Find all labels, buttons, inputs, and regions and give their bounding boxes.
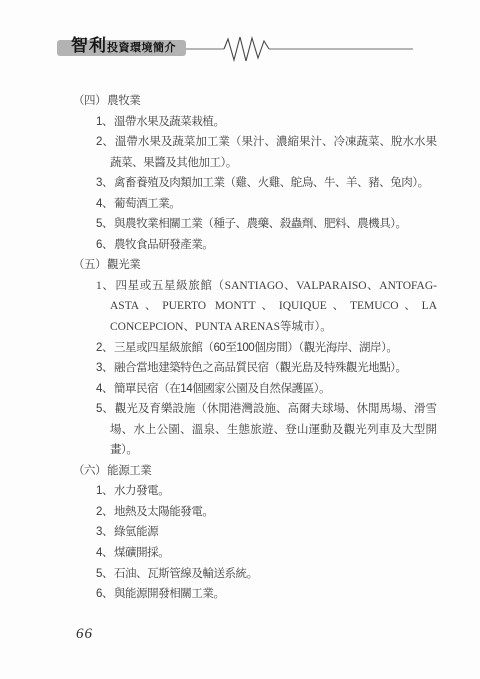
list-item: 6、農牧食品研發產業。 [96, 235, 437, 256]
item-number: 6、 [96, 239, 113, 251]
item-number: 1、 [96, 116, 113, 128]
item-text: 禽畜養殖及肉類加工業（雞、火雞、鴕鳥、牛、羊、豬、兔肉）。 [114, 177, 429, 189]
item-line: 6、與能源開發相關工業。 [96, 584, 437, 605]
item-line: 5、觀光及育樂設施（休閒港灣設施、高爾夫球場、休閒馬場、滑雪 [96, 399, 437, 420]
section-label: （六） [73, 465, 106, 477]
section-agriculture: （四）農牧業 1、溫帶水果及蔬菜栽植。 2、溫帶水果及蔬菜加工業（果汁、濃縮果汁… [73, 91, 437, 255]
item-text: 四星或五星級旅館（SANTIAGO、VALPARAISO、ANTOFAG- [116, 280, 437, 292]
item-number: 5、 [96, 218, 113, 230]
item-line: 3、綠氫能源 [96, 522, 437, 543]
item-number: 6、 [96, 588, 113, 600]
item-text: 葡萄酒工業。 [114, 198, 180, 210]
document-page: 智利投資環境簡介 （四）農牧業 1、溫帶水果及蔬菜栽植。 2、溫帶水果及蔬菜加工… [0, 0, 480, 679]
item-text: 石油、瓦斯管線及輸送系統。 [114, 568, 258, 580]
item-line: ASTA、PUERTO MONTT、IQUIQUE、TEMUCO、LA SERE… [96, 296, 437, 317]
item-line: 3、禽畜養殖及肉類加工業（雞、火雞、鴕鳥、牛、羊、豬、兔肉）。 [96, 173, 437, 194]
item-text: 與農牧業相關工業（種子、農藥、殺蟲劑、肥料、農機具）。 [114, 218, 407, 230]
list-item: 1、四星或五星級旅館（SANTIAGO、VALPARAISO、ANTOFAG- … [96, 276, 437, 338]
item-line: 5、石油、瓦斯管線及輸送系統。 [96, 564, 437, 585]
item-line: 4、葡萄酒工業。 [96, 194, 437, 215]
section-title: 觀光業 [107, 259, 140, 271]
header-title: 智利投資環境簡介 [71, 36, 176, 58]
item-line: 4、簡單民宿（在14個國家公園及自然保護區）。 [96, 379, 437, 400]
item-number: 5、 [96, 403, 114, 415]
document-body: （四）農牧業 1、溫帶水果及蔬菜栽植。 2、溫帶水果及蔬菜加工業（果汁、濃縮果汁… [73, 91, 437, 605]
item-number: 2、 [96, 506, 113, 518]
item-text: 與能源開發相關工業。 [114, 588, 225, 600]
item-line: 5、與農牧業相關工業（種子、農藥、殺蟲劑、肥料、農機具）。 [96, 214, 437, 235]
item-text: 溫帶水果及蔬菜加工業（果汁、濃縮果汁、冷凍蔬菜、脫水水果及 [96, 136, 437, 153]
item-text: 水力發電。 [114, 485, 169, 497]
list-item: 2、溫帶水果及蔬菜加工業（果汁、濃縮果汁、冷凍蔬菜、脫水水果及 蔬菜、果醬及其他… [96, 132, 437, 173]
list-item: 4、葡萄酒工業。 [96, 194, 437, 215]
item-number: 1、 [96, 280, 115, 292]
page-number: 66 [76, 626, 93, 643]
item-line: 1、溫帶水果及蔬菜栽植。 [96, 112, 437, 133]
list-item: 6、與能源開發相關工業。 [96, 584, 437, 605]
item-line: 4、煤礦開採。 [96, 543, 437, 564]
section-heading: （六）能源工業 [73, 461, 437, 482]
list-item: 5、與農牧業相關工業（種子、農藥、殺蟲劑、肥料、農機具）。 [96, 214, 437, 235]
item-number: 3、 [96, 177, 113, 189]
item-text: 三星或四星級旅館（60至100個房間）（觀光海岸、湖岸）。 [114, 342, 397, 354]
list-item: 5、石油、瓦斯管線及輸送系統。 [96, 564, 437, 585]
item-line: 2、三星或四星級旅館（60至100個房間）（觀光海岸、湖岸）。 [96, 338, 437, 359]
item-line: 蔬菜、果醬及其他加工）。 [96, 153, 437, 174]
item-number: 3、 [96, 362, 113, 374]
item-text: 簡單民宿（在14個國家公園及自然保護區）。 [114, 383, 330, 395]
item-line: 6、農牧食品研發產業。 [96, 235, 437, 256]
section-label: （五） [73, 259, 106, 271]
header-title-main: 智利 [71, 36, 107, 56]
item-number: 4、 [96, 547, 113, 559]
item-line: 1、四星或五星級旅館（SANTIAGO、VALPARAISO、ANTOFAG- [96, 276, 437, 297]
section-heading: （四）農牧業 [73, 91, 437, 112]
item-text: 觀光及育樂設施（休閒港灣設施、高爾夫球場、休閒馬場、滑雪 [115, 403, 437, 415]
item-text: 煤礦開採。 [114, 547, 169, 559]
item-number: 2、 [96, 342, 113, 354]
list-item: 4、簡單民宿（在14個國家公園及自然保護區）。 [96, 379, 437, 400]
list-item: 1、溫帶水果及蔬菜栽植。 [96, 112, 437, 133]
section-energy: （六）能源工業 1、水力發電。 2、地熱及太陽能發電。 3、綠氫能源 4、煤礦開… [73, 461, 437, 605]
heartbeat-divider-icon [186, 34, 414, 64]
item-number: 3、 [96, 526, 113, 538]
item-line: 場、水上公園、溫泉、生態旅遊、登山運動及觀光列車及大型開發計 [96, 420, 437, 441]
item-line: CONCEPCION、PUNTA ARENAS等城市）。 [96, 317, 437, 338]
item-number: 1、 [96, 485, 113, 497]
item-text: 農牧食品研發產業。 [114, 239, 213, 251]
item-line: 畫）。 [96, 440, 437, 461]
item-text: 融合當地建築特色之高品質民宿（觀光島及特殊觀光地點）。 [114, 362, 407, 374]
list-item: 2、三星或四星級旅館（60至100個房間）（觀光海岸、湖岸）。 [96, 338, 437, 359]
item-text: 溫帶水果及蔬菜栽植。 [114, 116, 225, 128]
item-number: 4、 [96, 383, 113, 395]
section-heading: （五）觀光業 [73, 255, 437, 276]
list-item: 3、禽畜養殖及肉類加工業（雞、火雞、鴕鳥、牛、羊、豬、兔肉）。 [96, 173, 437, 194]
item-number: 5、 [96, 568, 113, 580]
item-line: 2、地熱及太陽能發電。 [96, 502, 437, 523]
item-number: 2、 [96, 136, 114, 148]
list-item: 3、融合當地建築特色之高品質民宿（觀光島及特殊觀光地點）。 [96, 358, 437, 379]
item-line: 3、融合當地建築特色之高品質民宿（觀光島及特殊觀光地點）。 [96, 358, 437, 379]
list-item: 5、觀光及育樂設施（休閒港灣設施、高爾夫球場、休閒馬場、滑雪 場、水上公園、溫泉… [96, 399, 437, 461]
item-line: 1、水力發電。 [96, 481, 437, 502]
page-header: 智利投資環境簡介 [0, 0, 480, 70]
section-title: 能源工業 [107, 465, 151, 477]
list-item: 3、綠氫能源 [96, 522, 437, 543]
item-line: 2、溫帶水果及蔬菜加工業（果汁、濃縮果汁、冷凍蔬菜、脫水水果及 [96, 132, 437, 153]
section-tourism: （五）觀光業 1、四星或五星級旅館（SANTIAGO、VALPARAISO、AN… [73, 255, 437, 460]
item-text: 綠氫能源 [114, 526, 158, 538]
header-title-sub: 投資環境簡介 [107, 39, 176, 55]
section-title: 農牧業 [107, 95, 140, 107]
item-text: 地熱及太陽能發電。 [114, 506, 213, 518]
item-number: 4、 [96, 198, 113, 210]
list-item: 2、地熱及太陽能發電。 [96, 502, 437, 523]
section-label: （四） [73, 95, 106, 107]
list-item: 1、水力發電。 [96, 481, 437, 502]
list-item: 4、煤礦開採。 [96, 543, 437, 564]
